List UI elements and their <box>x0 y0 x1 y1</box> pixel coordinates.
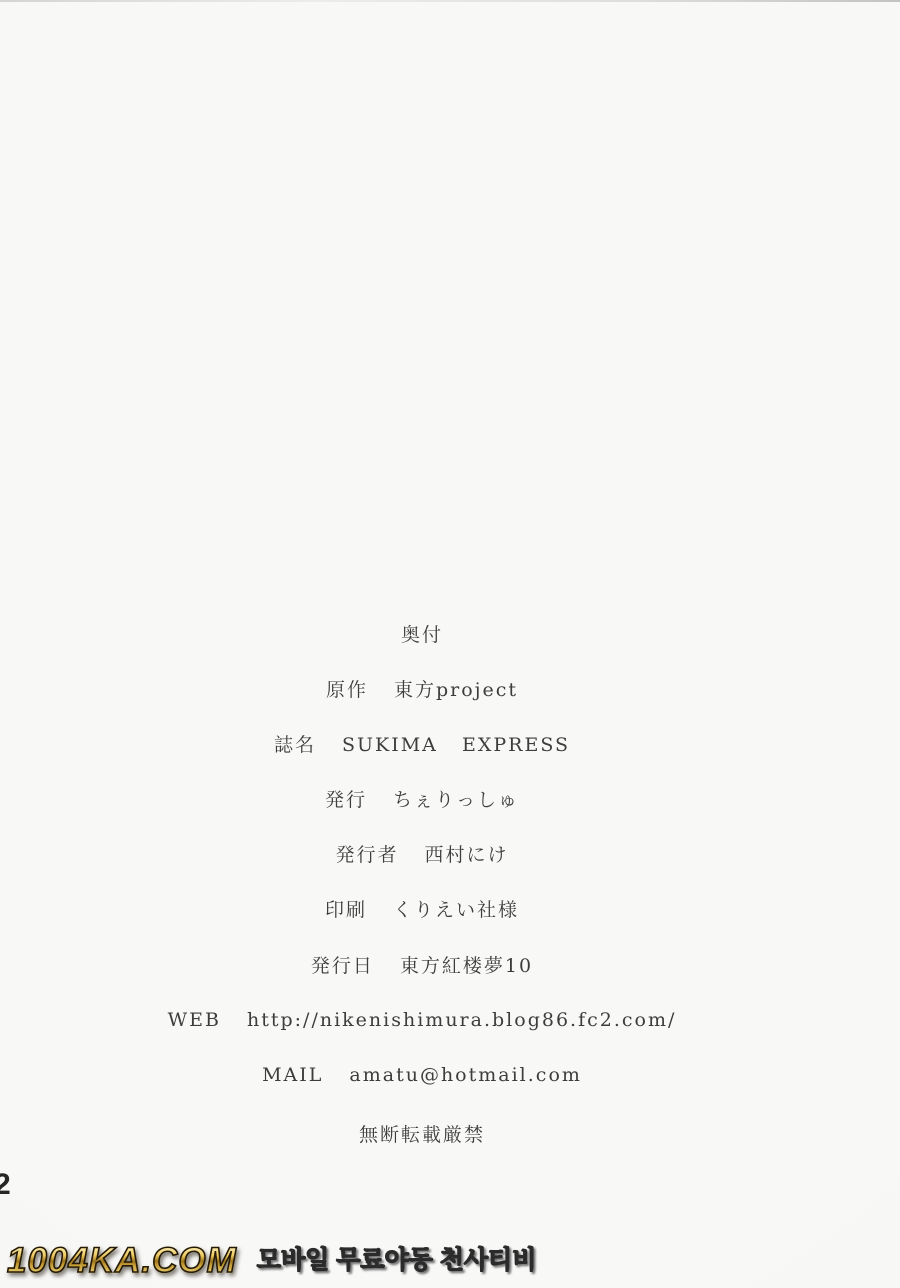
line-label: MAIL <box>262 1066 323 1085</box>
line-label: 印刷 <box>325 901 367 920</box>
website-url-text: http://nikenishimura.blog86.fc2.com/ <box>247 1011 676 1030</box>
scanned-page: 奥付 原作 東方project 誌名 SUKIMA EXPRESS 発行 ちぇり… <box>0 0 900 1288</box>
line-label: WEB <box>168 1011 221 1030</box>
colophon-title-text: 奥付 <box>401 626 443 645</box>
line-value: SUKIMA EXPRESS <box>342 736 570 755</box>
line-label: 原作 <box>326 681 368 700</box>
line-value: 東方紅楼夢10 <box>400 957 533 976</box>
line-value: 西村にけ <box>425 846 509 865</box>
line-value: ちぇりっしゅ <box>393 791 519 810</box>
line-label: 発行日 <box>311 957 374 976</box>
line-value: 東方project <box>394 681 518 700</box>
colophon-title: 奥付 <box>0 626 844 645</box>
colophon-line-publish-date: 発行日 東方紅楼夢10 <box>0 957 844 976</box>
colophon-line-book-title: 誌名 SUKIMA EXPRESS <box>0 736 844 755</box>
notice-text: 無断転載厳禁 <box>359 1126 485 1145</box>
colophon-line-printer: 印刷 くりえい社様 <box>0 901 844 920</box>
email-address-text: amatu@hotmail.com <box>349 1066 582 1085</box>
scan-top-edge-line <box>0 0 900 2</box>
colophon-line-publisher: 発行 ちぇりっしゅ <box>0 791 844 810</box>
colophon-line-web: WEB http://nikenishimura.blog86.fc2.com/ <box>0 1011 844 1030</box>
line-label: 発行 <box>325 791 367 810</box>
line-value: くりえい社様 <box>393 901 519 920</box>
reprint-prohibited-notice: 無断転載厳禁 <box>0 1126 844 1145</box>
colophon-line-author: 発行者 西村にけ <box>0 846 844 865</box>
page-number: 2 <box>0 1170 11 1200</box>
line-label: 発行者 <box>335 846 398 865</box>
colophon-line-mail: MAIL amatu@hotmail.com <box>0 1066 844 1085</box>
watermark-site-logo: 1004KA.COM <box>7 1243 237 1278</box>
line-label: 誌名 <box>274 736 316 755</box>
watermark-banner: 1004KA.COM 모바일 무료야동 천사티비 <box>7 1243 536 1278</box>
watermark-tagline: 모바일 무료야동 천사티비 <box>257 1248 537 1273</box>
colophon-line-original-work: 原作 東方project <box>0 681 844 700</box>
